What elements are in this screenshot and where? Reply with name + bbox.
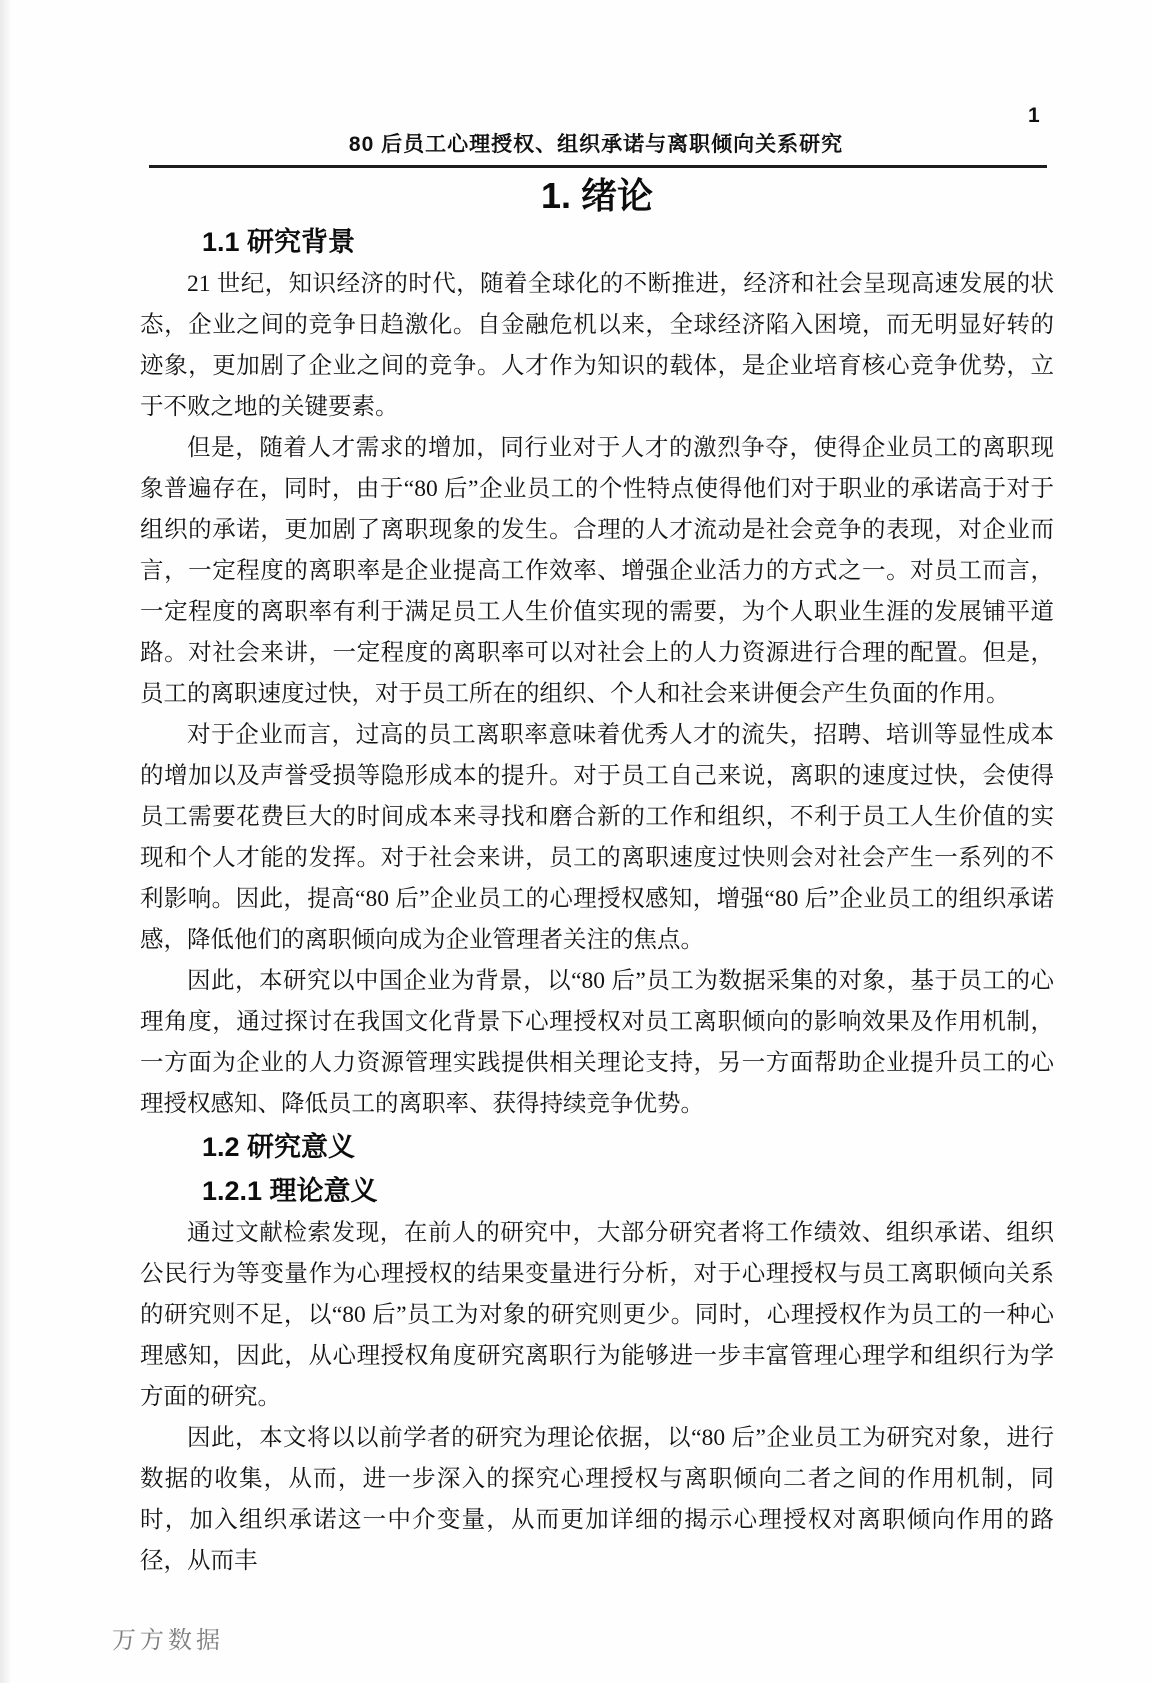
- section-heading-research-background: 1.1 研究背景: [202, 220, 1054, 264]
- paragraph-theoretical-significance-2: 因此，本文将以以前学者的研究为理论依据，以“80 后”企业员工为研究对象，进行数…: [140, 1418, 1054, 1582]
- paragraph-research-background-4: 因此，本研究以中国企业为背景，以“80 后”员工为数据采集的对象，基于员工的心理…: [140, 961, 1054, 1125]
- page-body: 1. 绪论 1.1 研究背景 21 世纪，知识经济的时代，随着全球化的不断推进，…: [140, 172, 1054, 1582]
- section-heading-theoretical-significance: 1.2.1 理论意义: [202, 1169, 1054, 1213]
- header-divider: [149, 165, 1047, 168]
- thesis-scanned-page: 1 80 后员工心理授权、组织承诺与离职倾向关系研究 1. 绪论 1.1 研究背…: [0, 0, 1152, 1683]
- paragraph-research-background-2: 但是，随着人才需求的增加，同行业对于人才的激烈争夺，使得企业员工的离职现象普遍存…: [140, 428, 1054, 715]
- page-number: 1: [1028, 104, 1040, 128]
- chapter-title: 1. 绪论: [140, 172, 1054, 220]
- paragraph-research-background-3: 对于企业而言，过高的员工离职率意味着优秀人才的流失，招聘、培训等显性成本的增加以…: [140, 715, 1054, 961]
- wanfang-data-watermark: 万方数据: [112, 1620, 224, 1655]
- paragraph-research-background-1: 21 世纪，知识经济的时代，随着全球化的不断推进，经济和社会呈现高速发展的状态，…: [140, 264, 1054, 428]
- section-heading-research-significance: 1.2 研究意义: [202, 1125, 1054, 1169]
- paragraph-theoretical-significance-1: 通过文献检索发现，在前人的研究中，大部分研究者将工作绩效、组织承诺、组织公民行为…: [140, 1213, 1054, 1418]
- running-header-title: 80 后员工心理授权、组织承诺与离职倾向关系研究: [140, 128, 1052, 158]
